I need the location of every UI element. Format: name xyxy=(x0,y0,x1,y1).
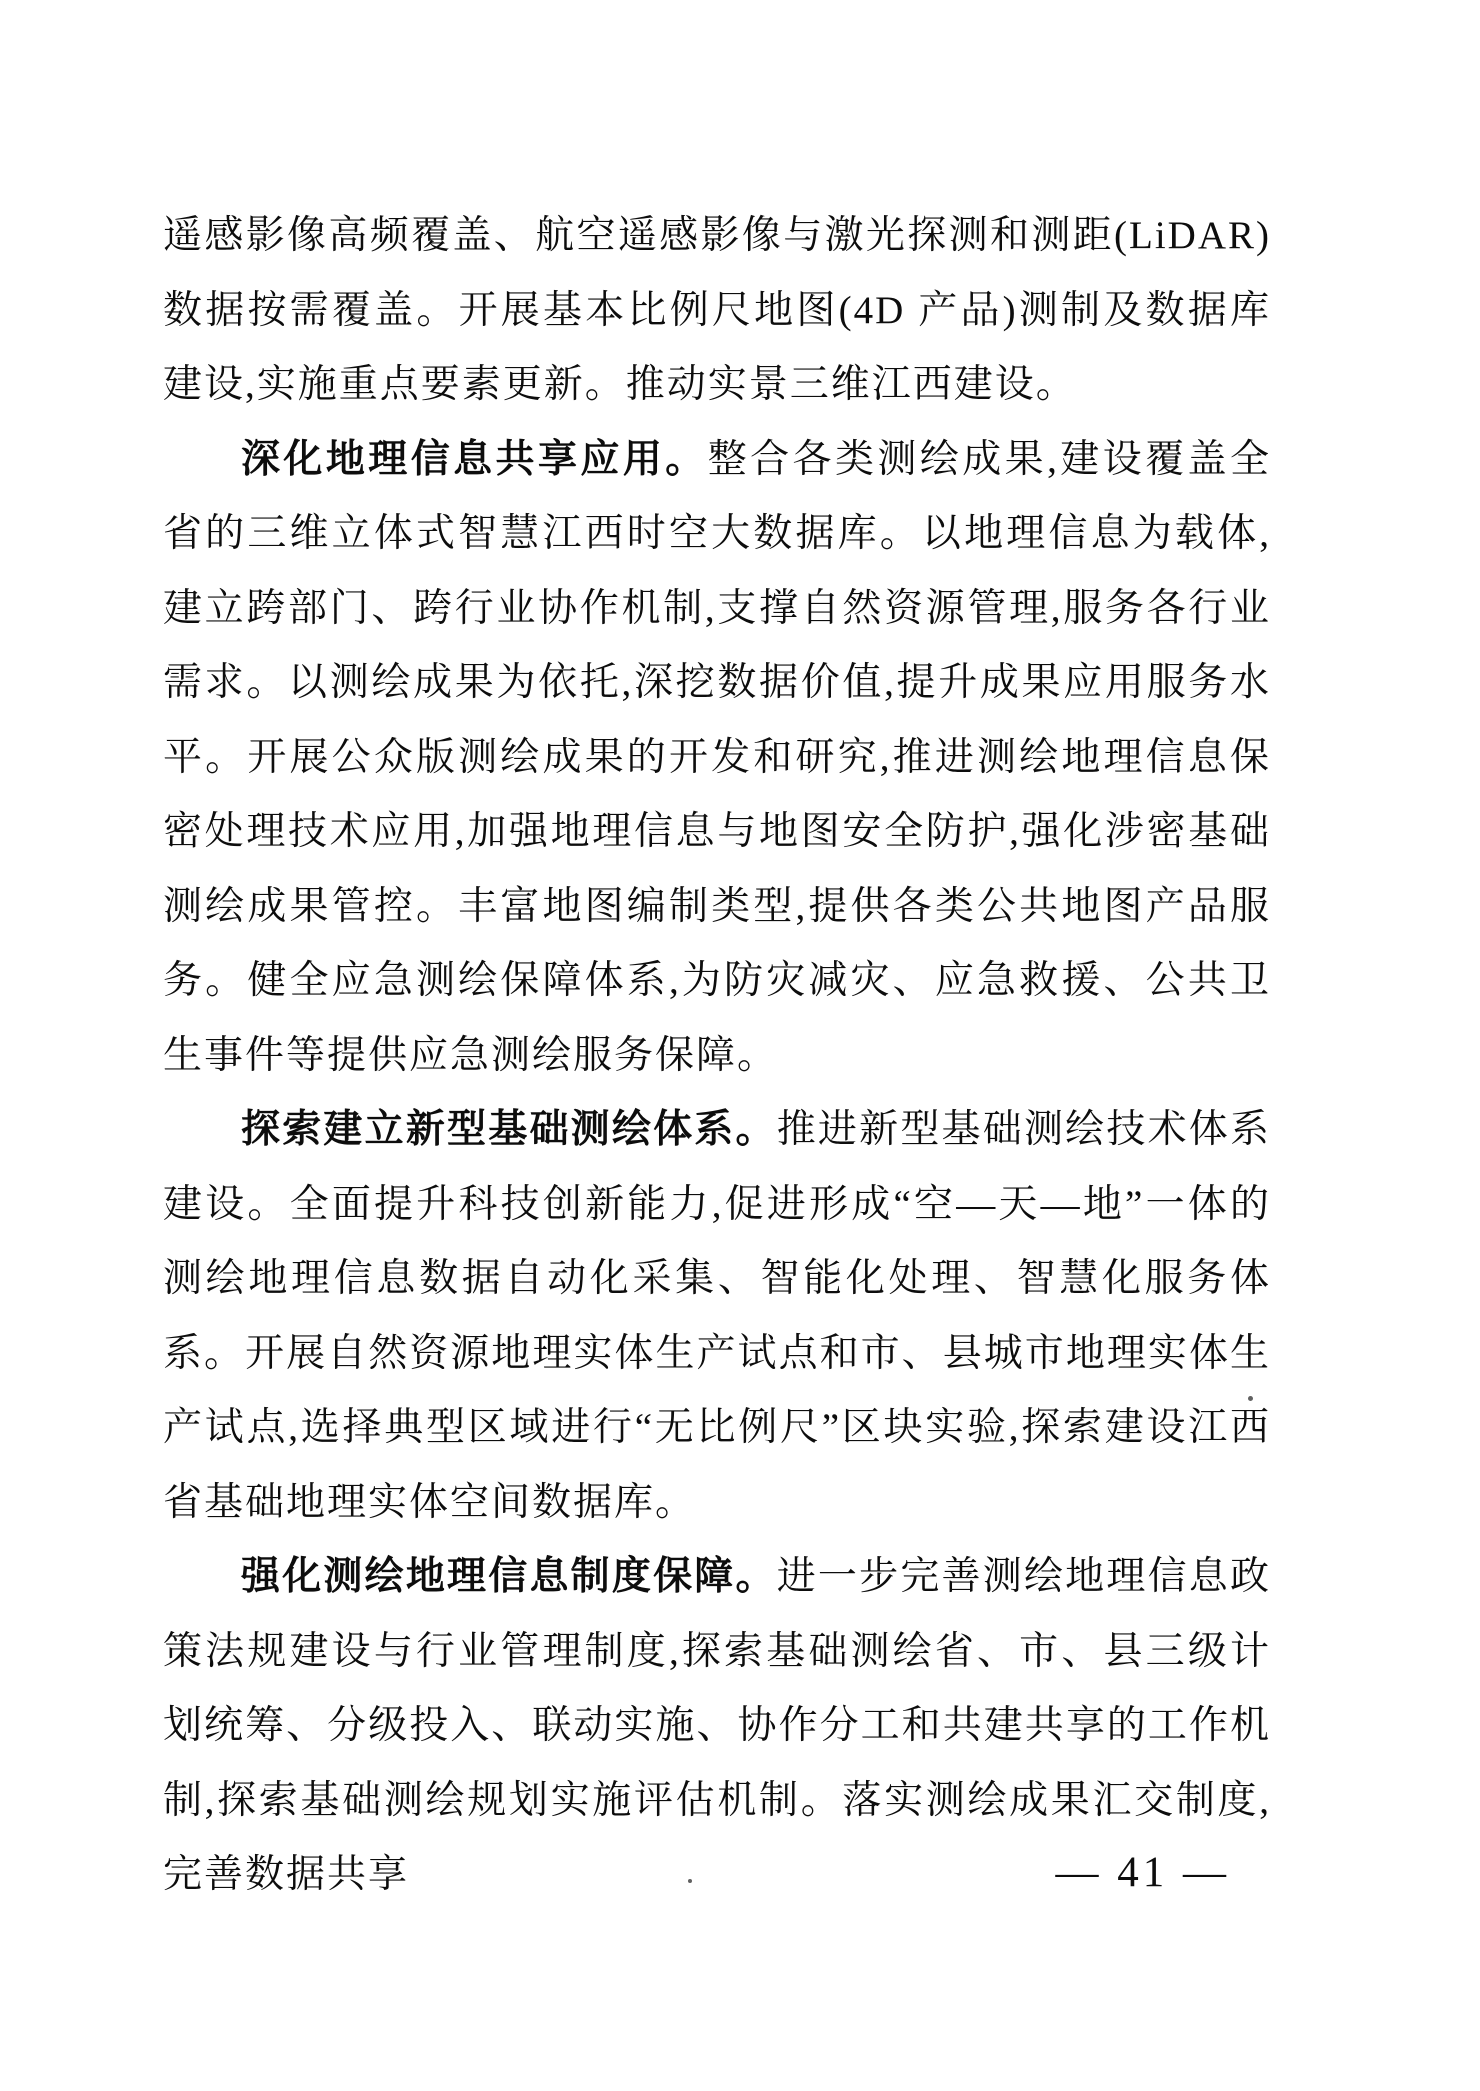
paragraph-text: 推进新型基础测绘技术体系建设。全面提升科技创新能力,促进形成“空—天—地”一体的… xyxy=(163,1108,1271,1524)
page-number: — 41 — xyxy=(1056,1849,1231,1897)
paragraph-text: 遥感影像高频覆盖、航空遥感影像与激光探测和测距(LiDAR)数据按需覆盖。开展基… xyxy=(163,214,1271,406)
paragraph: 深化地理信息共享应用。整合各类测绘成果,建设覆盖全省的三维立体式智慧江西时空大数… xyxy=(163,423,1271,1094)
scan-speck xyxy=(688,1879,692,1883)
paragraph-lead: 强化测绘地理信息制度保障。 xyxy=(241,1555,777,1598)
paragraph-lead: 深化地理信息共享应用。 xyxy=(241,438,708,481)
paragraph-lead: 探索建立新型基础测绘体系。 xyxy=(241,1108,777,1151)
scan-speck xyxy=(1248,1396,1253,1401)
body-text: 遥感影像高频覆盖、航空遥感影像与激光探测和测距(LiDAR)数据按需覆盖。开展基… xyxy=(163,199,1271,1913)
paragraph: 探索建立新型基础测绘体系。推进新型基础测绘技术体系建设。全面提升科技创新能力,促… xyxy=(163,1093,1271,1540)
document-page: 遥感影像高频覆盖、航空遥感影像与激光探测和测距(LiDAR)数据按需覆盖。开展基… xyxy=(0,0,1480,2091)
paragraph-text: 进一步完善测绘地理信息政策法规建设与行业管理制度,探索基础测绘省、市、县三级计划… xyxy=(163,1555,1271,1896)
paragraph-text: 整合各类测绘成果,建设覆盖全省的三维立体式智慧江西时空大数据库。以地理信息为载体… xyxy=(163,438,1271,1077)
paragraph: 遥感影像高频覆盖、航空遥感影像与激光探测和测距(LiDAR)数据按需覆盖。开展基… xyxy=(163,199,1271,423)
